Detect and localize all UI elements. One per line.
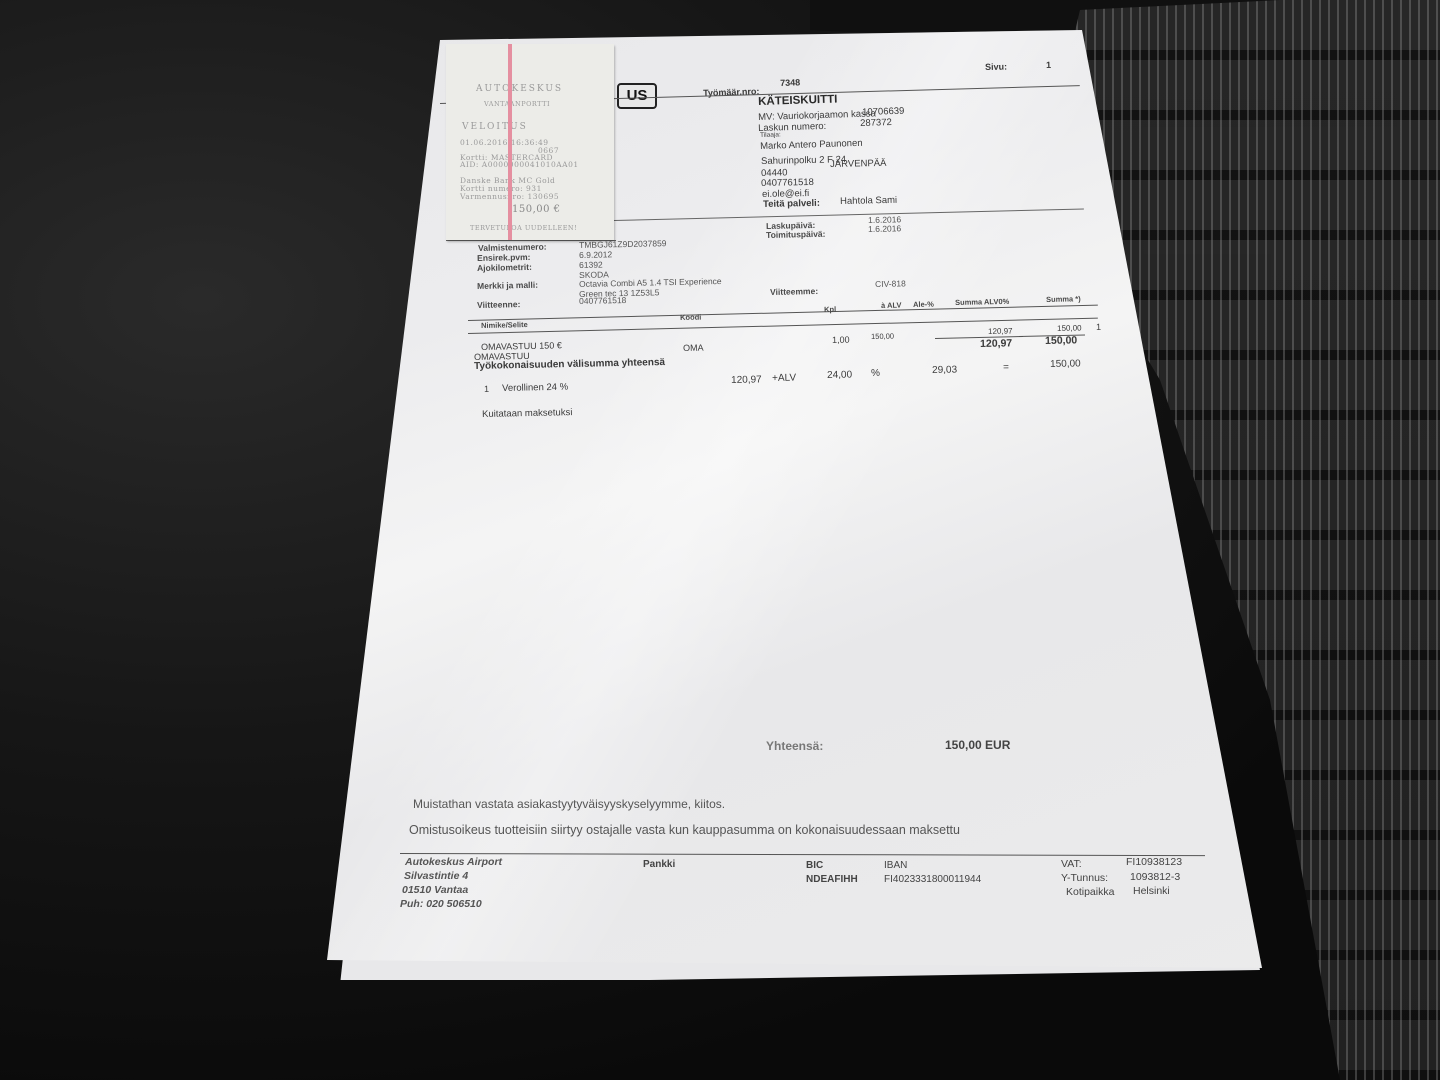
paid-note: Kuitataan maksetuksi: [482, 408, 572, 419]
vat-base: 120,97: [731, 375, 762, 386]
vat-total: 150,00: [1050, 359, 1081, 370]
customer-city: JÄRVENPÄÄ: [830, 159, 887, 170]
footer-domicile-label: Kotipaikka: [1066, 887, 1114, 898]
slip-merchant: AUTOKESKUS: [476, 84, 563, 94]
footer-iban-label: IBAN: [884, 861, 907, 871]
served-by: Hahtola Sami: [840, 196, 897, 207]
row-sum-excl-vat: 120,97: [988, 327, 1013, 336]
footer-iban: FI4023331800011944: [884, 875, 981, 885]
vat-rate: 24,00: [827, 370, 852, 381]
first-reg: 6.9.2012: [579, 250, 612, 259]
row-code: OMA: [683, 344, 704, 353]
delivery-date-label: Toimituspäivä:: [766, 230, 826, 240]
slip-type: VELOITUS: [462, 122, 528, 132]
footer-vat: FI10938123: [1126, 857, 1182, 868]
footer-business-id: 1093812-3: [1130, 872, 1180, 883]
footer-company: Autokeskus Airport: [405, 857, 502, 868]
slip-aid: AID: A0000000041010AA01: [460, 160, 579, 169]
total-label: Yhteensä:: [766, 740, 823, 752]
footer-vat-label: VAT:: [1061, 859, 1082, 870]
footer-business-id-label: Y-Tunnus:: [1061, 873, 1108, 884]
card-payment-slip: AUTOKESKUS VANTAANPORTTI VELOITUS 01.06.…: [446, 44, 614, 240]
col-header-unit-price: à ALV: [881, 302, 902, 310]
slip-greeting: TERVETULOA UUDELLEEN!: [470, 224, 577, 232]
footer-bic-label: BIC: [806, 861, 823, 871]
footer-phone: Puh: 020 506510: [400, 899, 482, 910]
customer-phone: 0407761518: [761, 178, 814, 189]
note-survey: Muistathan vastata asiakastyytyväisyysky…: [413, 798, 725, 810]
mileage-label: Ajokilometrit:: [477, 263, 532, 273]
our-ref-label: Viitteemme:: [770, 287, 818, 297]
our-ref: CIV-818: [875, 279, 906, 288]
col-header-sum-excl-vat: Summa ALV0%: [955, 298, 1009, 307]
vin: TMBGJ61Z9D2037859: [579, 239, 667, 249]
make-model-label: Merkki ja malli:: [477, 281, 538, 291]
customer-label: Tilaaja:: [760, 132, 781, 139]
vat-percent-sign: %: [871, 369, 880, 379]
vat-plus-label: +ALV: [772, 373, 796, 384]
footer-bank-label: Pankki: [643, 860, 675, 870]
delivery-date: 1.6.2016: [868, 224, 901, 233]
row-qty: 1,00: [832, 336, 850, 345]
row-vat-class: 1: [1096, 323, 1101, 332]
footer-domicile: Helsinki: [1133, 886, 1170, 897]
work-order-number: 7348: [780, 78, 800, 88]
col-header-qty: Kpl: [824, 306, 836, 314]
your-ref-label: Viitteenne:: [477, 300, 520, 309]
slip-location: VANTAANPORTTI: [484, 100, 550, 108]
subtotal-excl-vat: 120,97: [980, 338, 1012, 349]
invoice-number: 287372: [860, 118, 892, 128]
col-header-description: Nimike/Selite: [481, 321, 528, 329]
footer-city: 01510 Vantaa: [402, 885, 468, 896]
cashier-code: 10706639: [862, 107, 905, 118]
mileage: 61392: [579, 261, 603, 270]
your-ref: 0407761518: [579, 296, 626, 305]
col-header-sum: Summa *): [1046, 295, 1081, 303]
note-ownership: Omistusoikeus tuotteisiin siirtyy ostaja…: [409, 824, 960, 837]
footer-street: Silvastintie 4: [404, 871, 468, 882]
subtotal: 150,00: [1045, 335, 1077, 346]
row-unit-price: 150,00: [871, 333, 894, 341]
page-label: Sivu:: [985, 63, 1007, 72]
slip-datetime: 01.06.2016 16:36:49: [460, 138, 549, 147]
total-value: 150,00 EUR: [945, 739, 1010, 751]
vat-label: Verollinen 24 %: [502, 383, 568, 394]
slip-amount: 150,00 €: [512, 204, 561, 215]
vin-label: Valmistenumero:: [478, 243, 547, 253]
col-header-code: Koodi: [680, 314, 701, 322]
col-header-discount: Ale-%: [913, 301, 934, 309]
slip-pink-stripe: [508, 44, 512, 240]
vat-amount: 29,03: [932, 365, 957, 376]
vat-equals: =: [1003, 363, 1009, 373]
served-by-label: Teitä palveli:: [763, 199, 820, 210]
vat-index: 1: [484, 385, 489, 394]
footer-bic: NDEAFIHH: [806, 875, 858, 885]
company-logo: US: [617, 83, 657, 109]
row-sum: 150,00: [1057, 324, 1082, 333]
page-number: 1: [1046, 61, 1051, 70]
